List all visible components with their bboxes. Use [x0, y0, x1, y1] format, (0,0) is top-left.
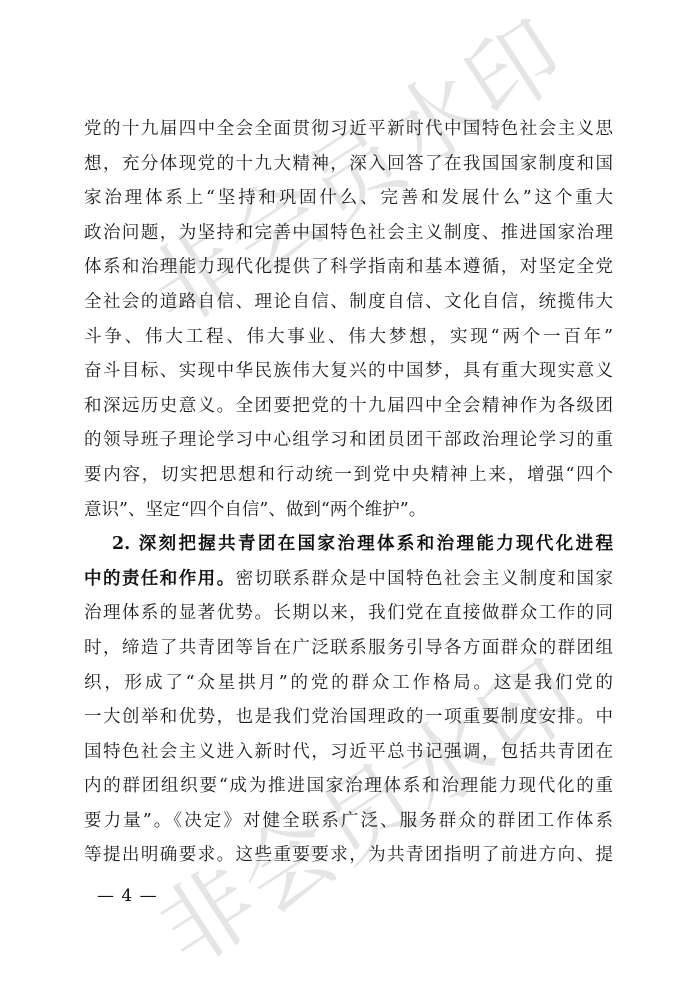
text-line: 要内容，切实把思想和行动统一到党中央精神上来，增强“四个: [84, 458, 613, 493]
text-line: 内的群团组织要“成为推进国家治理体系和治理能力现代化的重: [84, 769, 613, 804]
text-line: 意识”、坚定“四个自信”、做到“两个维护”。: [84, 493, 613, 528]
text-line: 国特色社会主义进入新时代，习近平总书记强调，包括共青团在: [84, 735, 613, 770]
text-line: 体系和治理能力现代化提供了科学指南和基本遵循，对坚定全党: [84, 250, 613, 285]
paragraph2-heading-line: 2. 深刻把握共青团在国家治理体系和治理能力现代化进程: [84, 527, 613, 562]
text-line: 斗争、伟大工程、伟大事业、伟大梦想，实现“两个一百年”: [84, 320, 613, 355]
text-line: 织，形成了“众星拱月”的党的群众工作格局。这是我们党的: [84, 666, 613, 701]
page-number: — 4 —: [97, 886, 158, 906]
text-line: 治理体系的显著优势。长期以来，我们党在直接做群众工作的同: [84, 596, 613, 631]
text-line: 想，充分体现党的十九大精神，深入回答了在我国国家制度和国: [84, 147, 613, 182]
text-line: 时，缔造了共青团等旨在广泛联系服务引导各方面群众的群团组: [84, 631, 613, 666]
text-line: 的领导班子理论学习中心组学习和团员团干部政治理论学习的重: [84, 423, 613, 458]
heading-bold-segment: 中的责任和作用。: [84, 569, 236, 589]
text-line: 党的十九届四中全会全面贯彻习近平新时代中国特色社会主义思: [84, 112, 613, 147]
text-line: 全社会的道路自信、理论自信、制度自信、文化自信，统揽伟大: [84, 285, 613, 320]
heading-bold-segment: 2. 深刻把握共青团在国家治理体系和治理能力现代化进程: [112, 534, 613, 554]
text-line: 政治问题，为坚持和完善中国特色社会主义制度、推进国家治理: [84, 216, 613, 251]
body-text-segment: 密切联系群众是中国特色社会主义制度和国家: [236, 569, 613, 589]
document-page: 非会员水印 非会员水印 党的十九届四中全会全面贯彻习近平新时代中国特色社会主义思…: [0, 0, 700, 990]
text-line: 一大创举和优势，也是我们党治国理政的一项重要制度安排。中: [84, 700, 613, 735]
text-line: 家治理体系上“坚持和巩固什么、完善和发展什么”这个重大: [84, 181, 613, 216]
text-line: 和深远历史意义。全团要把党的十九届四中全会精神作为各级团: [84, 389, 613, 424]
text-line: 等提出明确要求。这些重要要求，为共青团指明了前进方向、提: [84, 838, 613, 873]
document-body-text: 党的十九届四中全会全面贯彻习近平新时代中国特色社会主义思 想，充分体现党的十九大…: [84, 112, 613, 873]
text-line: 要力量”。《决定》对健全联系广泛、服务群众的群团工作体系: [84, 804, 613, 839]
text-line: 奋斗目标、实现中华民族伟大复兴的中国梦，具有重大现实意义: [84, 354, 613, 389]
text-line: 中的责任和作用。密切联系群众是中国特色社会主义制度和国家: [84, 562, 613, 597]
